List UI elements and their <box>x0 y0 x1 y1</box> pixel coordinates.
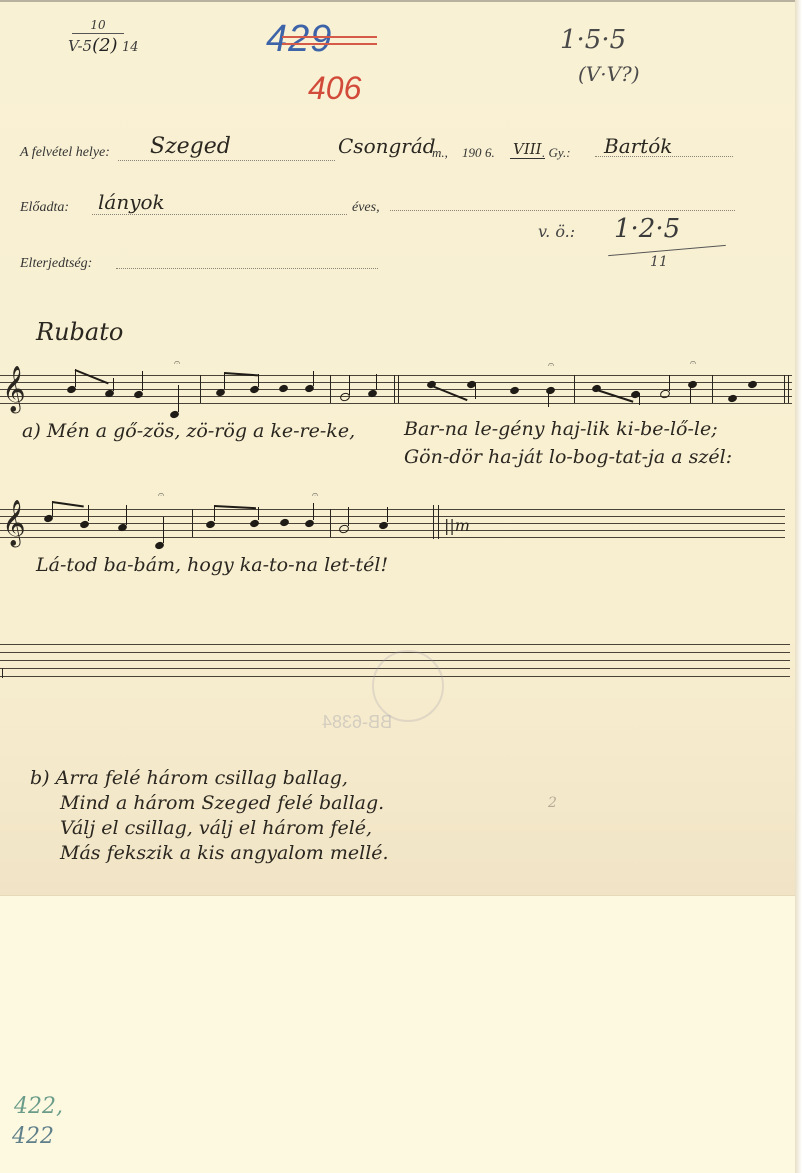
poem-line: Mind a három Szeged felé ballag. <box>30 791 389 816</box>
fermata-icon: 𝄐 <box>312 489 318 502</box>
archive-number-1: 422, <box>14 1094 63 1119</box>
performer-dotline <box>92 214 347 215</box>
lyrics-a-line2a: Bar-na le-gény haj-lik ki-be-lő-le; <box>404 418 718 440</box>
place-label: A felvétel helye: <box>20 145 110 161</box>
poem-line: b) Arra felé három csillag ballag, <box>30 766 389 791</box>
poem-line: Válj el csillag, válj el három felé, <box>30 816 389 841</box>
barline <box>192 509 193 537</box>
note <box>509 386 520 396</box>
final-barline <box>433 505 434 539</box>
fraction-line <box>72 33 124 34</box>
repeat-barline <box>394 375 395 403</box>
pencil-mark: 2 <box>548 795 557 811</box>
barline <box>712 375 713 403</box>
fermata-icon: 𝄐 <box>158 489 164 502</box>
lyrics-a-line3: Lá-tod ba-bám, hogy ka-to-na let-tél! <box>36 554 388 576</box>
month-value: VIII <box>510 140 545 159</box>
signature-suffix: 14 <box>122 40 139 55</box>
spread-label: Elterjedtség: <box>20 256 92 272</box>
note <box>687 380 698 390</box>
catalog-number: 406 <box>308 70 361 107</box>
compare-label: v. ö.: <box>538 222 575 241</box>
poem-b: b) Arra felé három csillag ballag, Mind … <box>30 766 389 866</box>
treble-clef-icon: 𝄞 <box>2 503 26 543</box>
barline <box>330 509 331 537</box>
performer-value: lányok <box>98 190 165 214</box>
performer-label: Előadta: <box>20 200 69 216</box>
signature-fraction: 10 V-5(2) 14 <box>68 18 139 56</box>
lower-page-area <box>0 895 797 1173</box>
compare-value: 1·2·5 <box>614 214 680 244</box>
tempo-marking: Rubato <box>36 318 123 346</box>
signature-denominator: V-5 <box>68 37 92 55</box>
note <box>727 394 738 404</box>
signature-numerator: 10 <box>68 18 128 32</box>
note <box>278 384 289 394</box>
age-label: éves, <box>352 200 380 216</box>
note <box>545 386 556 396</box>
archive-number-2: 422 <box>12 1124 54 1149</box>
note <box>378 521 389 531</box>
note <box>279 518 290 528</box>
note <box>133 390 144 400</box>
county-suffix: m., <box>432 145 448 161</box>
treble-clef-icon: 𝄞 <box>2 369 26 409</box>
collector-label: . Gy.: <box>542 145 571 161</box>
reference-sub: (V·V?) <box>578 62 640 86</box>
poem-line: Más fekszik a kis angyalom mellé. <box>30 841 389 866</box>
place-value: Szeged <box>150 134 231 159</box>
fermata-icon: 𝄐 <box>174 357 180 370</box>
music-staff-1: 𝄞 𝄐 𝄐 𝄐 <box>0 375 792 407</box>
strikethrough-mark <box>282 36 377 45</box>
spread-dotline <box>116 268 378 269</box>
lyrics-a-line2b: Gön-dör ha-ját lo-bog-tat-ja a szél: <box>404 446 732 468</box>
age-dotline <box>390 210 735 211</box>
county-value: Csongrád <box>338 134 436 158</box>
page-edge <box>795 0 802 1173</box>
note <box>79 520 90 530</box>
lyrics-a-line1: a) Mén a gő-zös, zö-rög a ke-re-ke, <box>22 420 355 442</box>
compare-denominator: 11 <box>650 254 668 270</box>
barline <box>574 375 575 403</box>
barline <box>200 375 201 403</box>
music-staff-2: 𝄞 𝄐 𝄐 ||m <box>0 509 785 541</box>
place-dotline <box>118 160 335 161</box>
year-prefix: 190 <box>462 145 482 161</box>
year-value: 6. <box>485 145 495 161</box>
ending-mark: ||m <box>444 516 470 535</box>
fermata-icon: 𝄐 <box>548 359 554 372</box>
note <box>747 380 758 390</box>
end-repeat-barline <box>784 375 785 403</box>
fermata-icon: 𝄐 <box>690 357 696 370</box>
note <box>304 519 315 529</box>
barline <box>330 375 331 403</box>
reference-number: 1·5·5 <box>560 25 626 55</box>
signature-circled: (2) <box>92 35 118 56</box>
note <box>205 520 216 530</box>
note <box>249 519 260 529</box>
inventory-number: BB-6384 <box>322 712 392 733</box>
collector-value: Bartók <box>604 134 672 158</box>
